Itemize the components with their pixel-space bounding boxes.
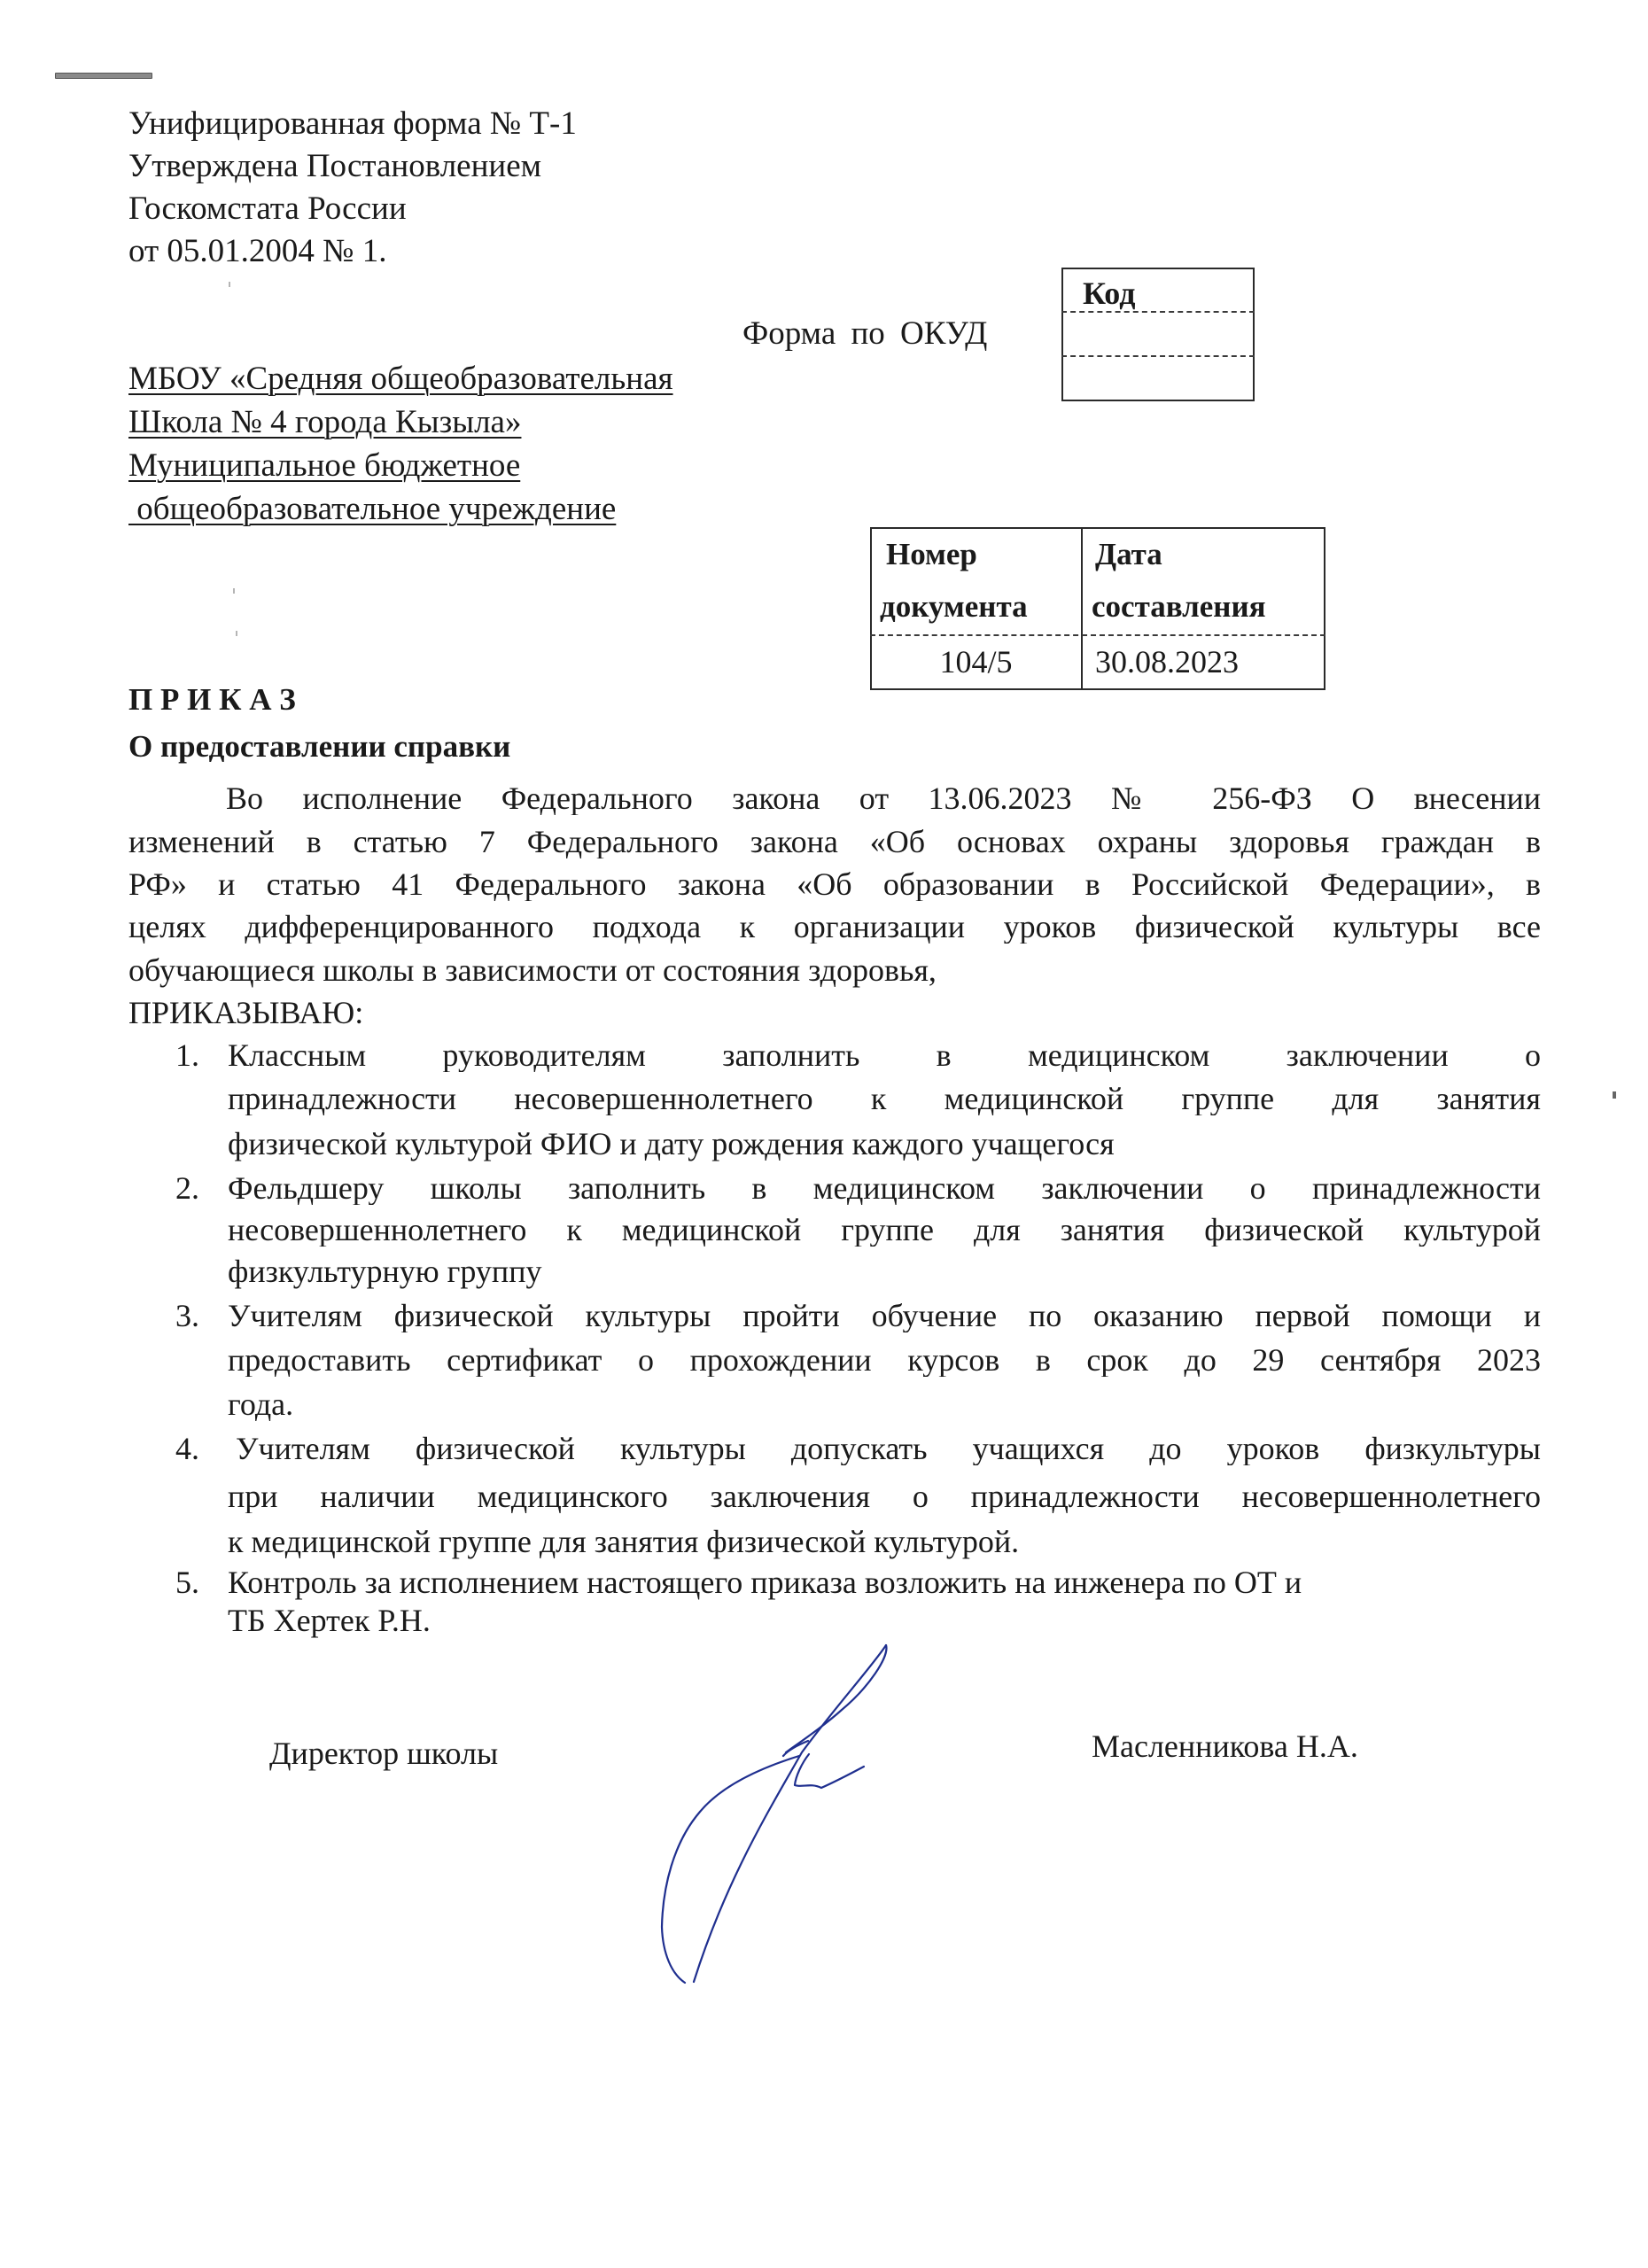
handwritten-signature-icon <box>0 0 1648 2268</box>
